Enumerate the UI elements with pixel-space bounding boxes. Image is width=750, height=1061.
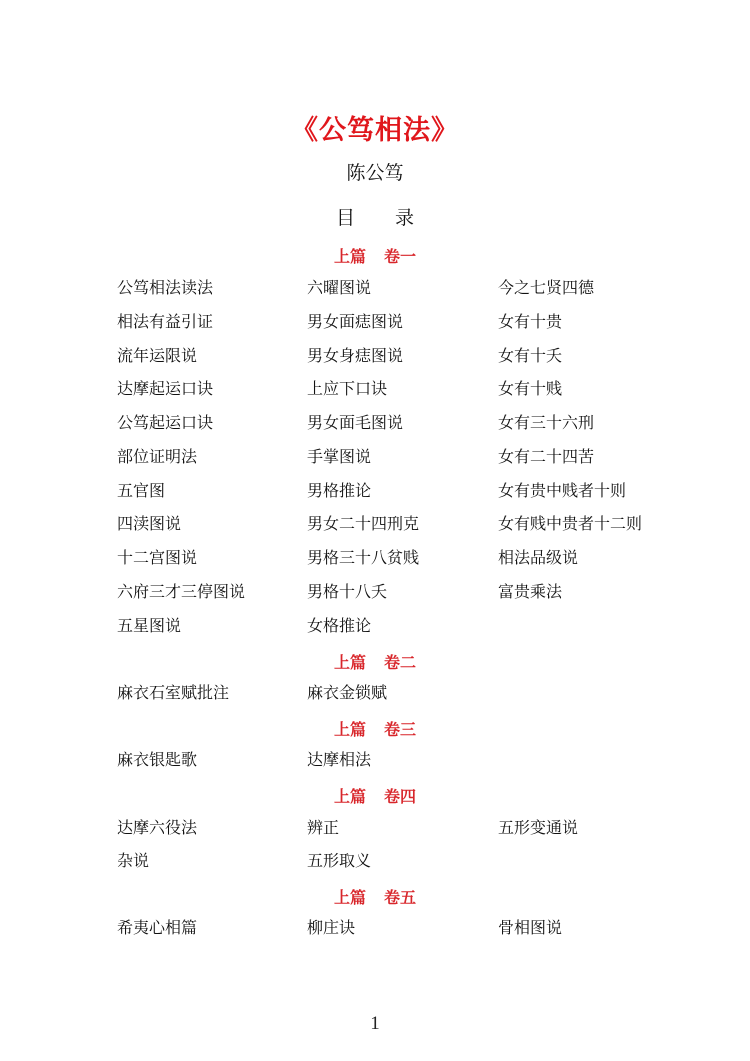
- toc-entry[interactable]: 五形变通说: [498, 818, 578, 838]
- section-part: 上篇: [334, 888, 366, 907]
- toc-entry[interactable]: 相法有益引证: [117, 312, 213, 332]
- section-part: 上篇: [334, 653, 366, 672]
- toc-entry[interactable]: 十二宫图说: [117, 548, 197, 568]
- toc-entry[interactable]: 麻衣银匙歌: [117, 750, 197, 770]
- toc-entry[interactable]: 柳庄诀: [307, 918, 355, 938]
- toc-entry[interactable]: 杂说: [117, 851, 149, 871]
- toc-entry[interactable]: 六府三才三停图说: [117, 582, 245, 602]
- toc-entry[interactable]: 男女二十四刑克: [307, 514, 419, 534]
- book-title: 《公笃相法》: [0, 108, 750, 147]
- toc-entry[interactable]: 公笃起运口诀: [117, 413, 213, 433]
- toc-entry[interactable]: 女有二十四苦: [498, 447, 594, 467]
- section-part: 上篇: [334, 247, 366, 266]
- toc-entry[interactable]: 达摩起运口诀: [117, 379, 213, 399]
- section-heading-vol3: 上篇卷三: [0, 717, 750, 740]
- section-volume: 卷一: [384, 247, 416, 266]
- toc-entry[interactable]: 女有贱中贵者十二则: [498, 514, 642, 534]
- toc-entry[interactable]: 手掌图说: [307, 447, 371, 467]
- toc-entry[interactable]: 达摩相法: [307, 750, 371, 770]
- toc-entry[interactable]: 女格推论: [307, 616, 371, 636]
- author-name: 陈公笃: [0, 158, 750, 185]
- document-page: 《公笃相法》 陈公笃 目录 上篇卷一 公笃相法读法 六曜图说 今之七贤四德 相法…: [0, 0, 750, 1061]
- toc-entry[interactable]: 富贵乘法: [498, 582, 562, 602]
- toc-entry[interactable]: 女有十贱: [498, 379, 562, 399]
- toc-entry[interactable]: 男女面毛图说: [307, 413, 403, 433]
- toc-entry[interactable]: 麻衣金锁赋: [307, 683, 387, 703]
- toc-entry[interactable]: 女有贵中贱者十则: [498, 481, 626, 501]
- toc-entry[interactable]: 骨相图说: [498, 918, 562, 938]
- section-volume: 卷二: [384, 653, 416, 672]
- toc-entry[interactable]: 四渎图说: [117, 514, 181, 534]
- toc-entry[interactable]: 希夷心相篇: [117, 918, 197, 938]
- section-volume: 卷三: [384, 720, 416, 739]
- section-part: 上篇: [334, 787, 366, 806]
- toc-entry[interactable]: 女有三十六刑: [498, 413, 594, 433]
- toc-entry[interactable]: 女有十贵: [498, 312, 562, 332]
- toc-entry[interactable]: 流年运限说: [117, 346, 197, 366]
- toc-entry[interactable]: 六曜图说: [307, 278, 371, 298]
- section-volume: 卷五: [384, 888, 416, 907]
- toc-entry[interactable]: 五官图: [117, 481, 165, 501]
- section-heading-vol4: 上篇卷四: [0, 784, 750, 807]
- toc-entry[interactable]: 五星图说: [117, 616, 181, 636]
- toc-heading-char-1: 目: [336, 207, 355, 229]
- section-volume: 卷四: [384, 787, 416, 806]
- toc-heading-char-2: 录: [395, 207, 414, 229]
- toc-entry[interactable]: 公笃相法读法: [117, 278, 213, 298]
- section-heading-vol1: 上篇卷一: [0, 244, 750, 267]
- toc-entry[interactable]: 上应下口诀: [307, 379, 387, 399]
- toc-heading: 目录: [0, 203, 750, 230]
- toc-entry[interactable]: 辨正: [307, 818, 339, 838]
- toc-entry[interactable]: 五形取义: [307, 851, 371, 871]
- toc-entry[interactable]: 男女身痣图说: [307, 346, 403, 366]
- page-number: 1: [0, 1013, 750, 1035]
- section-part: 上篇: [334, 720, 366, 739]
- toc-entry[interactable]: 相法品级说: [498, 548, 578, 568]
- toc-entry[interactable]: 男格十八夭: [307, 582, 387, 602]
- toc-entry[interactable]: 男格三十八贫贱: [307, 548, 419, 568]
- toc-entry[interactable]: 部位证明法: [117, 447, 197, 467]
- toc-entry[interactable]: 女有十夭: [498, 346, 562, 366]
- section-heading-vol5: 上篇卷五: [0, 885, 750, 908]
- toc-entry[interactable]: 今之七贤四德: [498, 278, 594, 298]
- toc-entry[interactable]: 麻衣石室赋批注: [117, 683, 229, 703]
- toc-entry[interactable]: 达摩六役法: [117, 818, 197, 838]
- toc-entry[interactable]: 男格推论: [307, 481, 371, 501]
- section-heading-vol2: 上篇卷二: [0, 650, 750, 673]
- toc-entry[interactable]: 男女面痣图说: [307, 312, 403, 332]
